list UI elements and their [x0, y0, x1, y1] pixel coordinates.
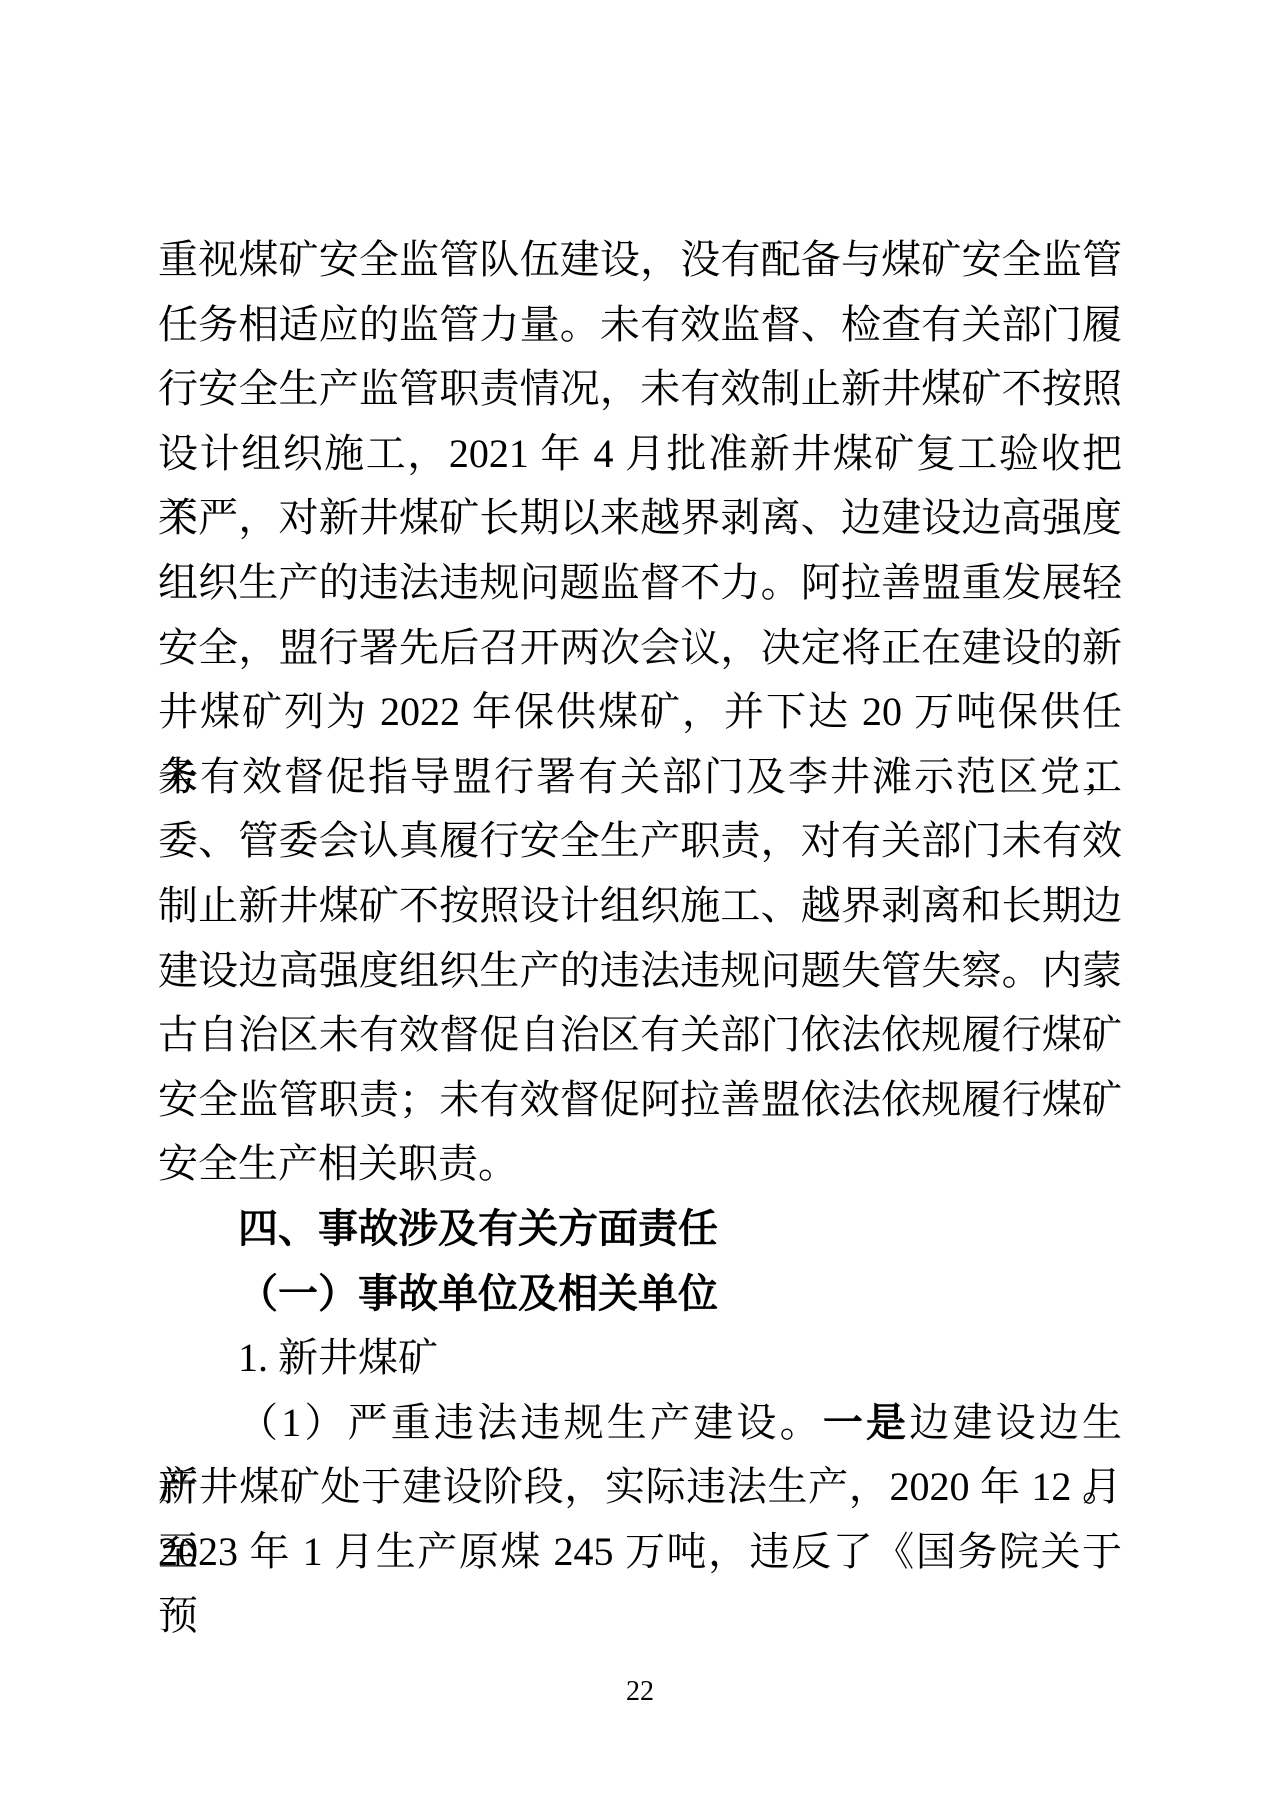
text-run: （1）严重违法违规生产建设。 — [238, 1400, 823, 1445]
numbered-item-heading: 1. 新井煤矿 — [158, 1326, 1122, 1391]
text-run: 制止新井煤矿不按照设计组织施工、越界剥离和长期边 — [158, 883, 1122, 928]
text-run: 组织生产的违法违规问题监督不力。阿拉善盟重发展轻 — [158, 560, 1122, 605]
body-line: 重视煤矿安全监管队伍建设，没有配备与煤矿安全监管 — [158, 228, 1122, 293]
body-line: 制止新井煤矿不按照设计组织施工、越界剥离和长期边 — [158, 874, 1122, 939]
body-line: 新井煤矿处于建设阶段，实际违法生产，2020 年 12 月至 — [158, 1455, 1122, 1520]
text-run: 一是 — [823, 1401, 909, 1445]
text-run: 任务相适应的监管力量。未有效监督、检查有关部门履 — [158, 302, 1122, 347]
page-number: 22 — [0, 1674, 1280, 1710]
text-run: 四、事故涉及有关方面责任 — [238, 1207, 718, 1251]
body-line: 安全，盟行署先后召开两次会议，决定将正在建设的新 — [158, 616, 1122, 681]
text-run: 建设边高强度组织生产的违法违规问题失管失察。内蒙 — [158, 948, 1122, 993]
body-line: 井煤矿列为 2022 年保供煤矿，并下达 20 万吨保供任务； — [158, 680, 1122, 745]
body-line: 行安全生产监管职责情况，未有效制止新井煤矿不按照 — [158, 357, 1122, 422]
text-run: 2023 年 1 月生产原煤 245 万吨，违反了《国务院关于预 — [158, 1529, 1122, 1639]
subsection-heading: （一）事故单位及相关单位 — [158, 1262, 1122, 1327]
body-line: 安全生产相关职责。 — [158, 1132, 1122, 1197]
text-run: 安全生产相关职责。 — [158, 1141, 518, 1186]
text-run: 行安全生产监管职责情况，未有效制止新井煤矿不按照 — [158, 366, 1122, 411]
body-line: 组织生产的违法违规问题监督不力。阿拉善盟重发展轻 — [158, 551, 1122, 616]
document-body: 重视煤矿安全监管队伍建设，没有配备与煤矿安全监管任务相适应的监管力量。未有效监督… — [158, 228, 1122, 1584]
text-run: 1. 新井煤矿 — [238, 1335, 438, 1380]
text-run: 重视煤矿安全监管队伍建设，没有配备与煤矿安全监管 — [158, 237, 1122, 282]
body-line: 不严，对新井煤矿长期以来越界剥离、边建设边高强度 — [158, 486, 1122, 551]
body-line: 建设边高强度组织生产的违法违规问题失管失察。内蒙 — [158, 939, 1122, 1004]
text-run: 安全，盟行署先后召开两次会议，决定将正在建设的新 — [158, 625, 1122, 670]
text-run: （一）事故单位及相关单位 — [238, 1271, 718, 1316]
text-run: 不严，对新井煤矿长期以来越界剥离、边建设边高强度 — [158, 495, 1122, 540]
body-line: （1）严重违法违规生产建设。一是边建设边生产。 — [158, 1391, 1122, 1456]
document-page: 重视煤矿安全监管队伍建设，没有配备与煤矿安全监管任务相适应的监管力量。未有效监督… — [0, 0, 1280, 1809]
body-line: 任务相适应的监管力量。未有效监督、检查有关部门履 — [158, 293, 1122, 358]
text-run: 委、管委会认真履行安全生产职责，对有关部门未有效 — [158, 818, 1122, 863]
body-line: 安全监管职责；未有效督促阿拉善盟依法依规履行煤矿 — [158, 1068, 1122, 1133]
text-run: 古自治区未有效督促自治区有关部门依法依规履行煤矿 — [158, 1012, 1122, 1057]
body-line: 未有效督促指导盟行署有关部门及李井滩示范区党工 — [158, 745, 1122, 810]
body-line: 委、管委会认真履行安全生产职责，对有关部门未有效 — [158, 809, 1122, 874]
text-run: 安全监管职责；未有效督促阿拉善盟依法依规履行煤矿 — [158, 1077, 1122, 1122]
section-heading: 四、事故涉及有关方面责任 — [158, 1197, 1122, 1262]
body-line: 古自治区未有效督促自治区有关部门依法依规履行煤矿 — [158, 1003, 1122, 1068]
text-run: 未有效督促指导盟行署有关部门及李井滩示范区党工 — [158, 754, 1122, 799]
body-line: 2023 年 1 月生产原煤 245 万吨，违反了《国务院关于预 — [158, 1520, 1122, 1585]
body-line: 设计组织施工，2021 年 4 月批准新井煤矿复工验收把关 — [158, 422, 1122, 487]
